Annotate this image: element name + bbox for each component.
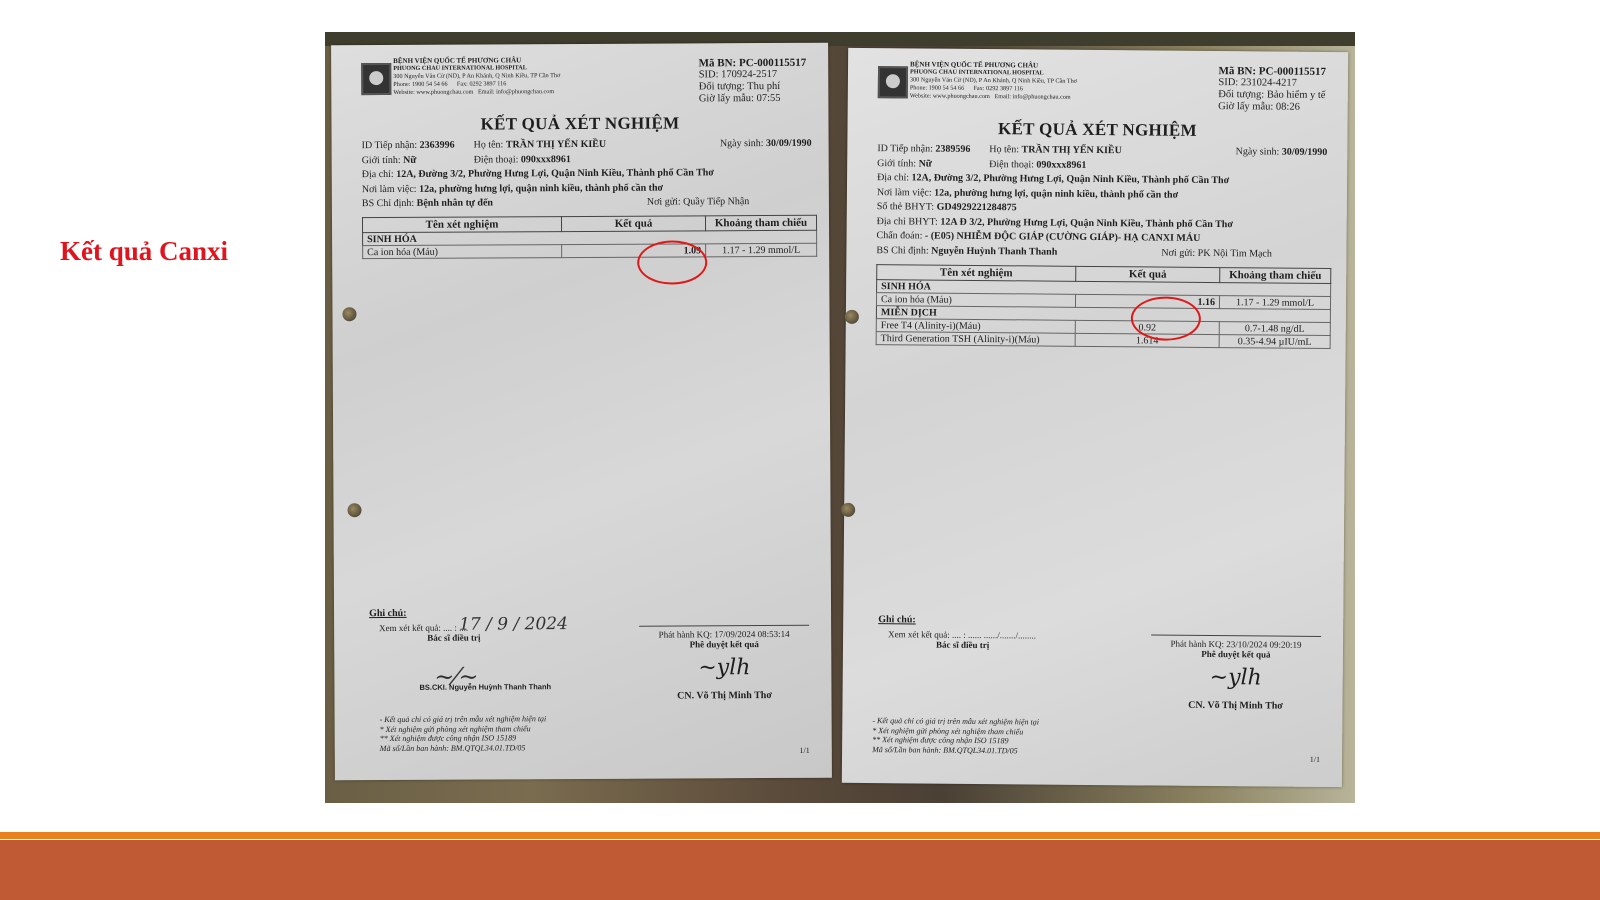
sample-time: Giờ lấy mẫu: 08:26 xyxy=(1218,101,1326,114)
approval-block: Phát hành KQ: 17/09/2024 08:53:14 Phê du… xyxy=(639,625,809,702)
patient-name: TRẦN THỊ YẾN KIỀU xyxy=(506,139,606,151)
approver-name: CN. Võ Thị Minh Thơ xyxy=(1150,699,1320,711)
workplace: 12a, phường hưng lợi, quận ninh kiều, th… xyxy=(419,182,663,194)
test-name: Third Generation TSH (Alinity-i)(Máu) xyxy=(876,332,1075,347)
sex: Nữ xyxy=(919,158,932,169)
hospital-email: Email: info@phuongchau.com xyxy=(994,93,1070,101)
handwritten-date: 17 / 9 / 2024 xyxy=(459,614,568,635)
col-test-name: Tên xét nghiệm xyxy=(877,265,1076,282)
punch-hole xyxy=(347,503,361,517)
patient-name: TRẦN THỊ YẾN KIỀU xyxy=(1022,144,1122,156)
approver-signature: ~ylh xyxy=(1151,664,1321,690)
test-reference: 0.7-1.48 ng/dL xyxy=(1219,322,1330,336)
test-name: Ca ion hóa (Máu) xyxy=(363,245,562,259)
hospital-header: BỆNH VIỆN QUỐC TẾ PHƯƠNG CHÂU PHUONG CHA… xyxy=(878,60,1108,104)
sample-time: Giờ lấy mẫu: 07:55 xyxy=(699,93,807,106)
slide-title: Kết quả Canxi xyxy=(60,236,228,267)
hospital-fax: Fax: 0292 3897 116 xyxy=(973,85,1023,92)
treating-doctor-title: Bác sĩ điều trị xyxy=(936,640,1036,651)
sex: Nữ xyxy=(403,154,416,165)
page-number: 1/1 xyxy=(1310,755,1320,764)
date-of-birth: 30/09/1990 xyxy=(766,138,812,149)
approver-signature: ~ylh xyxy=(639,655,809,681)
reception-id: 2389596 xyxy=(935,144,970,155)
workplace: 12a, phường hưng lợi, quận ninh kiều, th… xyxy=(934,187,1178,200)
lab-report-2024-09-17: BỆNH VIỆN QUỐC TẾ PHƯƠNG CHÂU PHUONG CHA… xyxy=(331,43,832,781)
hospital-email: Email: info@phuongchau.com xyxy=(478,88,554,95)
sample-id: SID: 231024-4217 xyxy=(1218,77,1326,90)
doctor-signature: ~⁄~ xyxy=(434,663,478,691)
insurance-card: GD4929221284875 xyxy=(937,202,1017,214)
hospital-website: Website: www.phuongchau.com xyxy=(393,89,473,96)
reception-id: 2363996 xyxy=(420,140,455,151)
highlight-circle xyxy=(1131,296,1201,341)
phone: 090xxx8961 xyxy=(1036,159,1086,170)
punch-hole xyxy=(841,503,855,517)
lab-report-2024-10-23: BỆNH VIỆN QUỐC TẾ PHƯƠNG CHÂU PHUONG CHA… xyxy=(842,48,1348,787)
sample-meta: Mã BN: PC-000115517 SID: 170924-2517 Đối… xyxy=(699,57,807,106)
ordering-doctor: Nguyễn Huỳnh Thanh Thanh xyxy=(931,245,1057,257)
test-reference: 1.17 - 1.29 mmol/L xyxy=(706,243,817,257)
table-row: Third Generation TSH (Alinity-i)(Máu) 1.… xyxy=(876,332,1330,349)
test-reference: 0.35-4.94 µIU/mL xyxy=(1219,335,1330,349)
sender: Nơi gửi: Quầy Tiếp Nhận xyxy=(647,195,749,210)
document-title: KẾT QUẢ XÉT NGHIỆM xyxy=(331,113,828,136)
hospital-fax: Fax: 0292 3897 116 xyxy=(457,80,506,87)
payer-type: Đối tượng: Bảo hiểm y tế xyxy=(1218,89,1326,102)
approver-name: CN. Võ Thị Minh Thơ xyxy=(639,690,809,702)
lab-results-photo: BỆNH VIỆN QUỐC TẾ PHƯƠNG CHÂU PHUONG CHA… xyxy=(325,32,1355,803)
diagnosis: - (E05) NHIỄM ĐỘC GIÁP (CƯỜNG GIÁP)- HẠ … xyxy=(925,231,1201,244)
col-result: Kết quả xyxy=(1076,266,1220,282)
hospital-header: BỆNH VIỆN QUỐC TẾ PHƯƠNG CHÂU PHUONG CHA… xyxy=(361,56,591,99)
phone: 090xxx8961 xyxy=(521,154,571,165)
patient-code: Mã BN: PC-000115517 xyxy=(699,57,807,70)
table-row: Ca ion hóa (Máu) 1.09 1.17 - 1.29 mmol/L xyxy=(363,243,817,258)
punch-hole xyxy=(342,307,356,321)
payer-type: Đối tượng: Thu phí xyxy=(699,81,807,94)
patient-info: ID Tiếp nhận: 2363996 Họ tên: TRẦN THỊ Y… xyxy=(362,137,812,212)
page-number: 1/1 xyxy=(800,746,810,755)
patient-info: ID Tiếp nhận: 2389596 Họ tên: TRẦN THỊ Y… xyxy=(876,142,1327,262)
ordering-doctor: Bệnh nhân tự đến xyxy=(417,197,493,208)
patient-code: Mã BN: PC-000115517 xyxy=(1218,65,1326,78)
hospital-website: Website: www.phuongchau.com xyxy=(910,92,990,100)
notes: Ghi chú: Xem xét kết quả: .... : ...... … xyxy=(878,614,1036,650)
punch-hole xyxy=(845,310,859,324)
document-title: KẾT QUẢ XÉT NGHIỆM xyxy=(847,118,1347,142)
sender: Nơi gửi: PK Nội Tim Mạch xyxy=(1161,246,1272,261)
address: 12A, Đường 3/2, Phường Hưng Lợi, Quận Ni… xyxy=(396,167,714,180)
highlight-circle xyxy=(637,240,707,284)
col-reference: Khoảng tham chiếu xyxy=(705,215,816,231)
hospital-logo-icon xyxy=(361,63,391,95)
col-test-name: Tên xét nghiệm xyxy=(362,217,561,233)
date-of-birth: 30/09/1990 xyxy=(1282,147,1328,158)
sample-id: SID: 170924-2517 xyxy=(699,69,807,82)
approval-block: Phát hành KQ: 23/10/2024 09:20:19 Phê du… xyxy=(1150,634,1321,711)
accent-line xyxy=(0,832,1600,839)
release-time: Phát hành KQ: 17/09/2024 08:53:14 xyxy=(639,629,809,640)
insurance-address: 12A Đ 3/2, Phường Hưng Lợi, Quận Ninh Ki… xyxy=(940,216,1233,230)
hospital-phone: Phone: 1900 54 54 66 xyxy=(393,81,447,88)
hospital-phone: Phone: 1900 54 54 66 xyxy=(910,84,964,91)
results-table: Tên xét nghiệm Kết quả Khoảng tham chiếu… xyxy=(362,215,817,259)
results-table: Tên xét nghiệm Kết quả Khoảng tham chiếu… xyxy=(876,264,1332,349)
address: 12A, Đường 3/2, Phường Hưng Lợi, Quận Ni… xyxy=(911,172,1229,186)
hospital-logo-icon xyxy=(878,66,908,98)
footnotes: - Kết quả chỉ có giá trị trên mẫu xét ng… xyxy=(380,714,547,753)
footer-band xyxy=(0,840,1600,900)
col-result: Kết quả xyxy=(561,216,705,232)
col-reference: Khoảng tham chiếu xyxy=(1220,268,1331,284)
test-reference: 1.17 - 1.29 mmol/L xyxy=(1219,296,1330,310)
footnotes: - Kết quả chỉ có giá trị trên mẫu xét ng… xyxy=(872,716,1039,755)
sample-meta: Mã BN: PC-000115517 SID: 231024-4217 Đối… xyxy=(1218,65,1326,114)
